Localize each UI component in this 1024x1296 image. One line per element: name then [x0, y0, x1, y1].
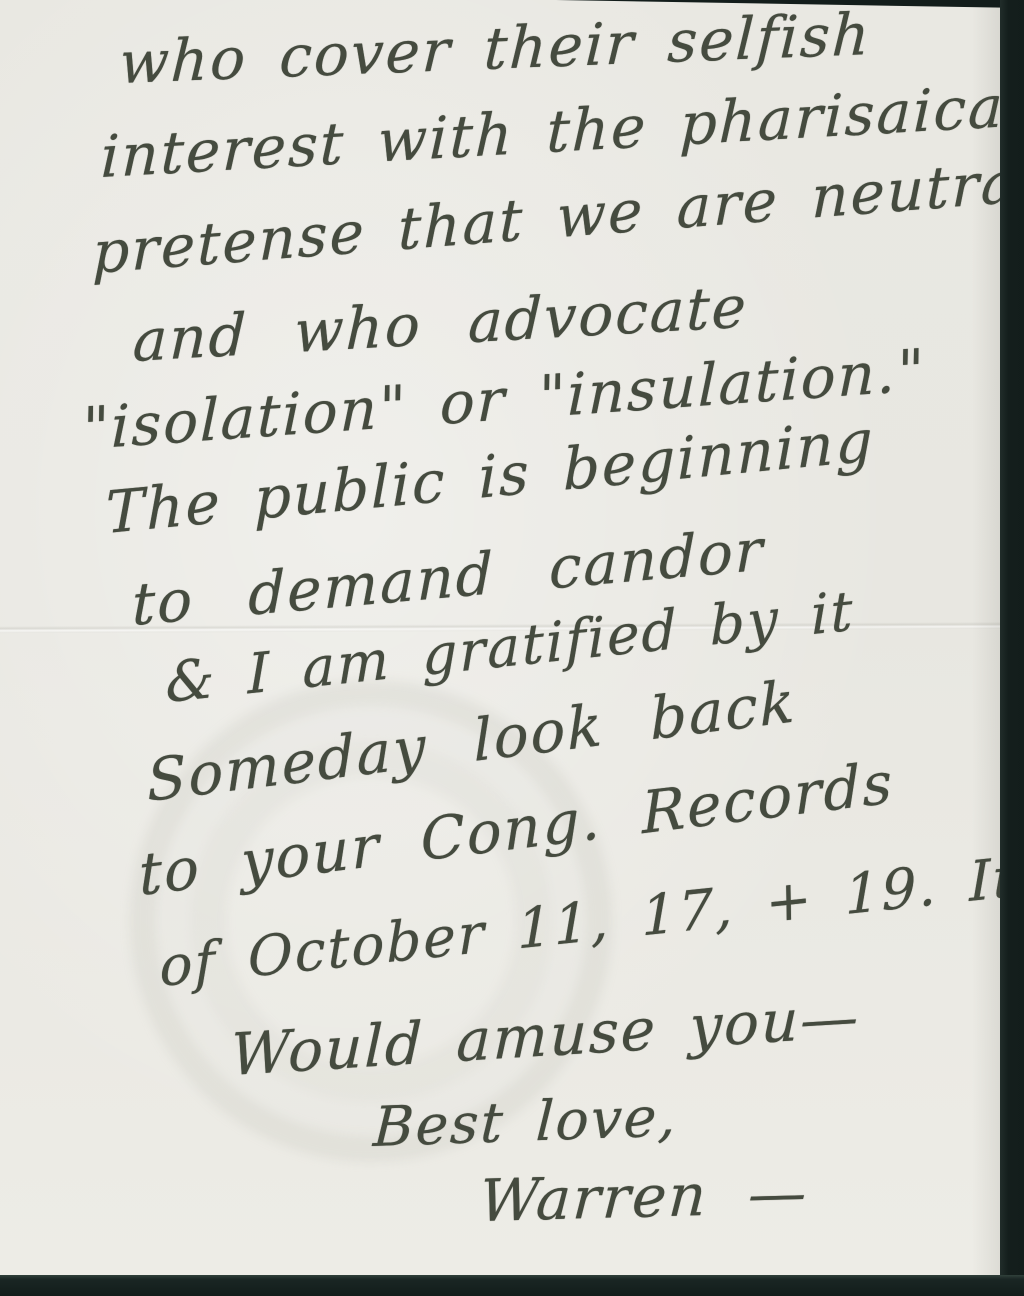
closing-line: Best love, — [372, 1089, 679, 1155]
signature: Warren — — [478, 1163, 810, 1230]
page-edge-shadow — [972, 0, 1001, 1277]
scanned-letter: who cover their selfish interest with th… — [0, 0, 1024, 1296]
handwritten-line: who cover their selfish — [118, 5, 873, 92]
scanner-mat-edge-bottom — [0, 1275, 1024, 1296]
scanner-mat-edge-right — [1000, 0, 1024, 1296]
letter-page: who cover their selfish interest with th… — [0, 0, 1001, 1277]
